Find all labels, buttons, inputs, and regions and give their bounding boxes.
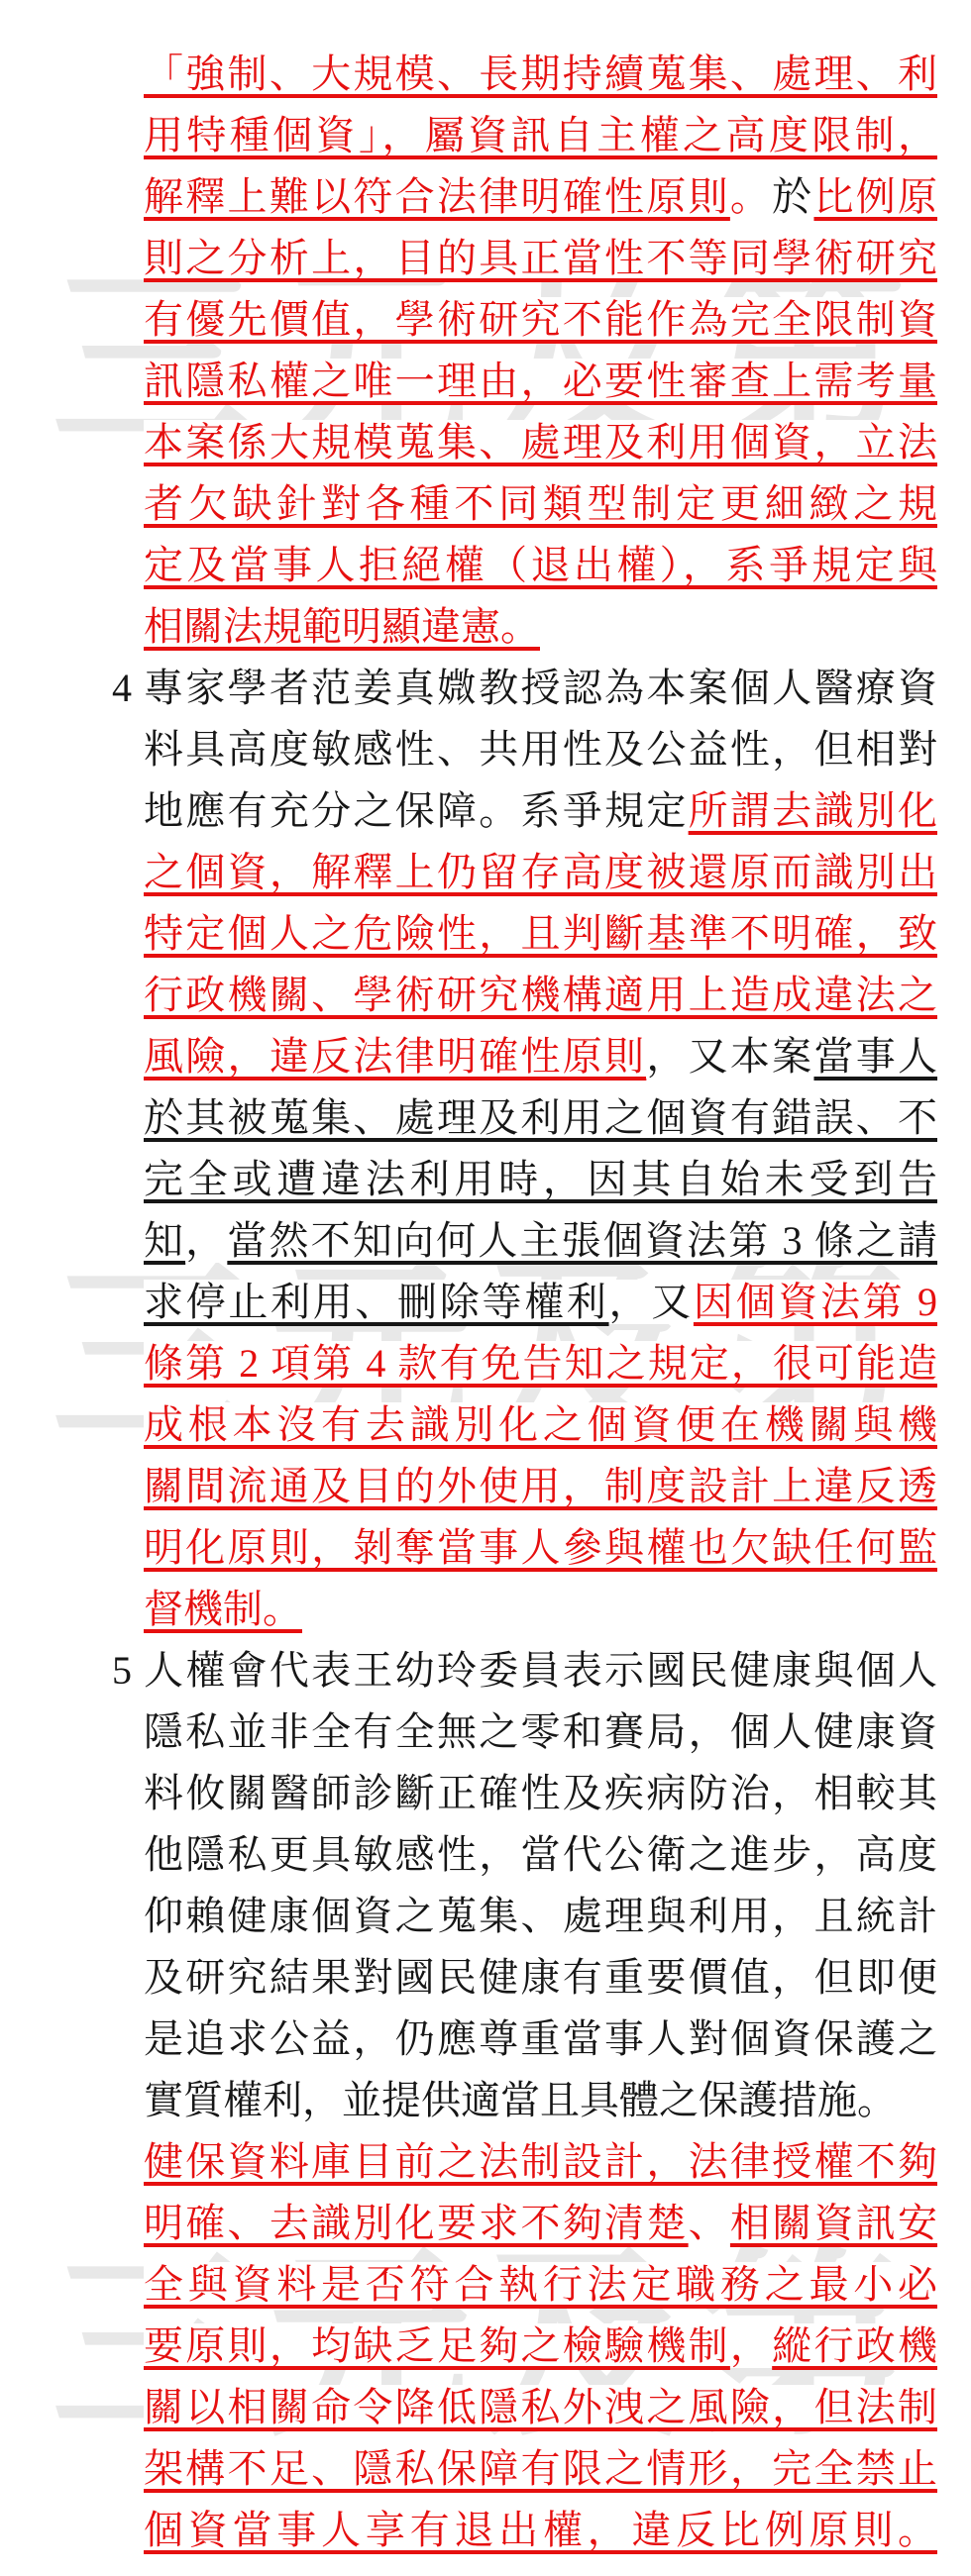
text-line: 定及當事人拒絕權（退出權），系爭規定與 xyxy=(144,535,937,596)
text-run: ，又本案 xyxy=(646,1034,813,1079)
item-number: 4 xyxy=(110,658,134,719)
underlined-text-run: 因個資法第 9 xyxy=(694,1280,937,1324)
underlined-text-run: 架構不足、隱私保障有限之情形，完全禁止 xyxy=(144,2446,937,2491)
item-number: 5 xyxy=(110,1640,134,1701)
text-line: 健保資料庫目前之法制設計，法律授權不夠 xyxy=(144,2131,937,2193)
text-run: 。 xyxy=(730,174,772,219)
text-line: 是追求公益，仍應尊重當事人對個資保護之 xyxy=(144,2009,937,2070)
underlined-text-run: 行政機關、學術研究機構適用上造成違法之 xyxy=(144,973,937,1017)
text-line: 督機制。 xyxy=(144,1579,937,1640)
text-line: 特定個人之危險性，且判斷基準不明確，致 xyxy=(144,903,937,965)
underlined-text-run: 定及當事人拒絕權（退出權），系爭規定與 xyxy=(144,543,937,587)
text-line: 關以相關命令降低隱私外洩之風險，但法制 xyxy=(144,2377,937,2438)
text-line: 行政機關、學術研究機構適用上造成違法之 xyxy=(144,965,937,1026)
text-line: 5人權會代表王幼玲委員表示國民健康與個人 xyxy=(144,1640,937,1701)
underlined-text-run: 當事人 xyxy=(813,1034,937,1079)
text-line: 用特種個資」，屬資訊自主權之高度限制， xyxy=(144,105,937,166)
underlined-text-run: 相關資訊安 xyxy=(730,2201,937,2245)
text-line: 及研究結果對國民健康有重要價值，但即便 xyxy=(144,1947,937,2009)
text-line: 訊隱私權之唯一理由，必要性審查上需考量 xyxy=(144,351,937,412)
text-line: 他隱私更具敏感性，當代公衛之進步，高度 xyxy=(144,1824,937,1886)
text-line: 要原則，均缺乏足夠之檢驗機制，縱行政機 xyxy=(144,2316,937,2377)
underlined-text-run: 於其被蒐集、處理及利用之個資有錯誤、不 xyxy=(144,1095,937,1140)
text-line: 架構不足、隱私保障有限之情形，完全禁止 xyxy=(144,2438,937,2500)
text-line: 相關法規範明顯違憲。 xyxy=(144,596,937,658)
text-line: 仰賴健康個資之蒐集、處理與利用，且統計 xyxy=(144,1886,937,1947)
text-run: 人權會代表王幼玲委員表示國民健康與個人 xyxy=(144,1648,937,1693)
text-run: 專家學者范姜真媺教授認為本案個人醫療資 xyxy=(144,666,937,710)
document-page: 三元及第三元及第三元及第 「強制、大規模、長期持續蒐集、處理、利用特種個資」，屬… xyxy=(0,0,971,2576)
underlined-text-run: 明化原則，剝奪當事人參與權也欠缺任何監 xyxy=(144,1525,937,1570)
underlined-text-run: 關以相關命令降低隱私外洩之風險，但法制 xyxy=(144,2385,937,2429)
text-line: 之個資，解釋上仍留存高度被還原而識別出 xyxy=(144,842,937,903)
text-run: ，又 xyxy=(609,1280,694,1324)
text-line: 求停止利用、刪除等權利，又因個資法第 9 xyxy=(144,1272,937,1333)
text-line: 本案係大規模蒐集、處理及利用個資，立法 xyxy=(144,412,937,473)
text-line: 成根本沒有去識別化之個資便在機關與機 xyxy=(144,1394,937,1456)
underlined-text-run: 解釋上難以符合法律明確性原則 xyxy=(144,174,730,219)
text-run: 料攸關醫師診斷正確性及疾病防治，相較其 xyxy=(144,1771,937,1815)
text-line: 「強制、大規模、長期持續蒐集、處理、利 xyxy=(144,44,937,105)
underlined-text-run: 關間流通及目的外使用，制度設計上違反透 xyxy=(144,1464,937,1508)
underlined-text-run: 用特種個資」，屬資訊自主權之高度限制， xyxy=(144,113,937,157)
underlined-text-run: 求停止利用、刪除等權利 xyxy=(144,1280,609,1324)
document-text: 「強制、大規模、長期持續蒐集、處理、利用特種個資」，屬資訊自主權之高度限制，解釋… xyxy=(0,44,971,2561)
text-line: 關間流通及目的外使用，制度設計上違反透 xyxy=(144,1456,937,1517)
text-run: 地應有充分之保障。系爭規定 xyxy=(144,788,689,833)
underlined-text-run: 有優先價值，學術研究不能作為完全限制資 xyxy=(144,297,937,342)
underlined-text-run: 要原則，均缺乏足夠之檢驗機制 xyxy=(144,2323,730,2368)
text-line: 地應有充分之保障。系爭規定所謂去識別化 xyxy=(144,780,937,842)
text-line: 者欠缺針對各種不同類型制定更細緻之規 xyxy=(144,473,937,535)
text-line: 明確、去識別化要求不夠清楚、相關資訊安 xyxy=(144,2193,937,2254)
underlined-text-run: 則之分析上，目的具正當性不等同學術研究 xyxy=(144,236,937,280)
text-line: 條第 2 項第 4 款有免告知之規定，很可能造 xyxy=(144,1333,937,1394)
underlined-text-run: 完全或遭違法利用時，因其自始未受到告 xyxy=(144,1157,937,1201)
text-line: 料具高度敏感性、共用性及公益性，但相對 xyxy=(144,719,937,780)
text-run: ， xyxy=(185,1218,227,1263)
text-line: 則之分析上，目的具正當性不等同學術研究 xyxy=(144,228,937,289)
text-run: ， xyxy=(730,2323,772,2368)
text-line: 有優先價值，學術研究不能作為完全限制資 xyxy=(144,289,937,351)
text-line: 明化原則，剝奪當事人參與權也欠缺任何監 xyxy=(144,1517,937,1579)
text-line: 隱私並非全有全無之零和賽局，個人健康資 xyxy=(144,1701,937,1763)
underlined-text-run: 個資當事人享有退出權，違反比例原則。 xyxy=(144,2508,937,2552)
underlined-text-run: 縱行政機 xyxy=(772,2323,937,2368)
text-run: 及研究結果對國民健康有重要價值，但即便 xyxy=(144,1955,937,2000)
underlined-text-run: 條第 2 項第 4 款有免告知之規定，很可能造 xyxy=(144,1341,937,1386)
underlined-text-run: 健保資料庫目前之法制設計，法律授權不夠 xyxy=(144,2139,937,2184)
underlined-text-run: 特定個人之危險性，且判斷基準不明確，致 xyxy=(144,911,937,956)
text-run: 於 xyxy=(772,174,813,219)
underlined-text-run: 「強制、大規模、長期持續蒐集、處理、利 xyxy=(144,52,937,96)
text-run: 實質權利，並提供適當且具體之保護措施。 xyxy=(144,2078,897,2122)
underlined-text-run: 訊隱私權之唯一理由，必要性審查上需考量 xyxy=(144,359,937,403)
text-line: 完全或遭違法利用時，因其自始未受到告 xyxy=(144,1149,937,1210)
underlined-text-run: 全與資料是否符合執行法定職務之最小必 xyxy=(144,2262,937,2307)
text-run: 料具高度敏感性、共用性及公益性，但相對 xyxy=(144,727,937,772)
text-run: 他隱私更具敏感性，當代公衛之進步，高度 xyxy=(144,1832,937,1877)
text-line: 於其被蒐集、處理及利用之個資有錯誤、不 xyxy=(144,1087,937,1149)
text-line: 解釋上難以符合法律明確性原則。於比例原 xyxy=(144,166,937,228)
underlined-text-run: 比例原 xyxy=(813,174,937,219)
text-line: 全與資料是否符合執行法定職務之最小必 xyxy=(144,2254,937,2316)
underlined-text-run: 風險，違反法律明確性原則 xyxy=(144,1034,646,1079)
underlined-text-run: 知 xyxy=(144,1218,185,1263)
underlined-text-run: 當然不知向何人主張個資法第 3 條之請 xyxy=(227,1218,937,1263)
text-line: 4專家學者范姜真媺教授認為本案個人醫療資 xyxy=(144,658,937,719)
underlined-text-run: 之個資，解釋上仍留存高度被還原而識別出 xyxy=(144,850,937,894)
text-line: 個資當事人享有退出權，違反比例原則。 xyxy=(144,2500,937,2561)
underlined-text-run: 者欠缺針對各種不同類型制定更細緻之規 xyxy=(144,481,937,526)
text-run: 、 xyxy=(689,2201,730,2245)
text-run: 仰賴健康個資之蒐集、處理與利用，且統計 xyxy=(144,1894,937,1938)
underlined-text-run: 明確、去識別化要求不夠清楚 xyxy=(144,2201,689,2245)
underlined-text-run: 相關法規範明顯違憲。 xyxy=(144,604,540,649)
underlined-text-run: 本案係大規模蒐集、處理及利用個資，立法 xyxy=(144,420,937,464)
underlined-text-run: 所謂去識別化 xyxy=(689,788,937,833)
text-line: 料攸關醫師診斷正確性及疾病防治，相較其 xyxy=(144,1763,937,1824)
text-line: 風險，違反法律明確性原則，又本案當事人 xyxy=(144,1026,937,1087)
underlined-text-run: 督機制。 xyxy=(144,1587,302,1631)
text-run: 隱私並非全有全無之零和賽局，個人健康資 xyxy=(144,1709,937,1754)
text-line: 實質權利，並提供適當且具體之保護措施。 xyxy=(144,2070,937,2131)
underlined-text-run: 成根本沒有去識別化之個資便在機關與機 xyxy=(144,1402,937,1447)
text-line: 知，當然不知向何人主張個資法第 3 條之請 xyxy=(144,1210,937,1272)
text-run: 是追求公益，仍應尊重當事人對個資保護之 xyxy=(144,2016,937,2061)
